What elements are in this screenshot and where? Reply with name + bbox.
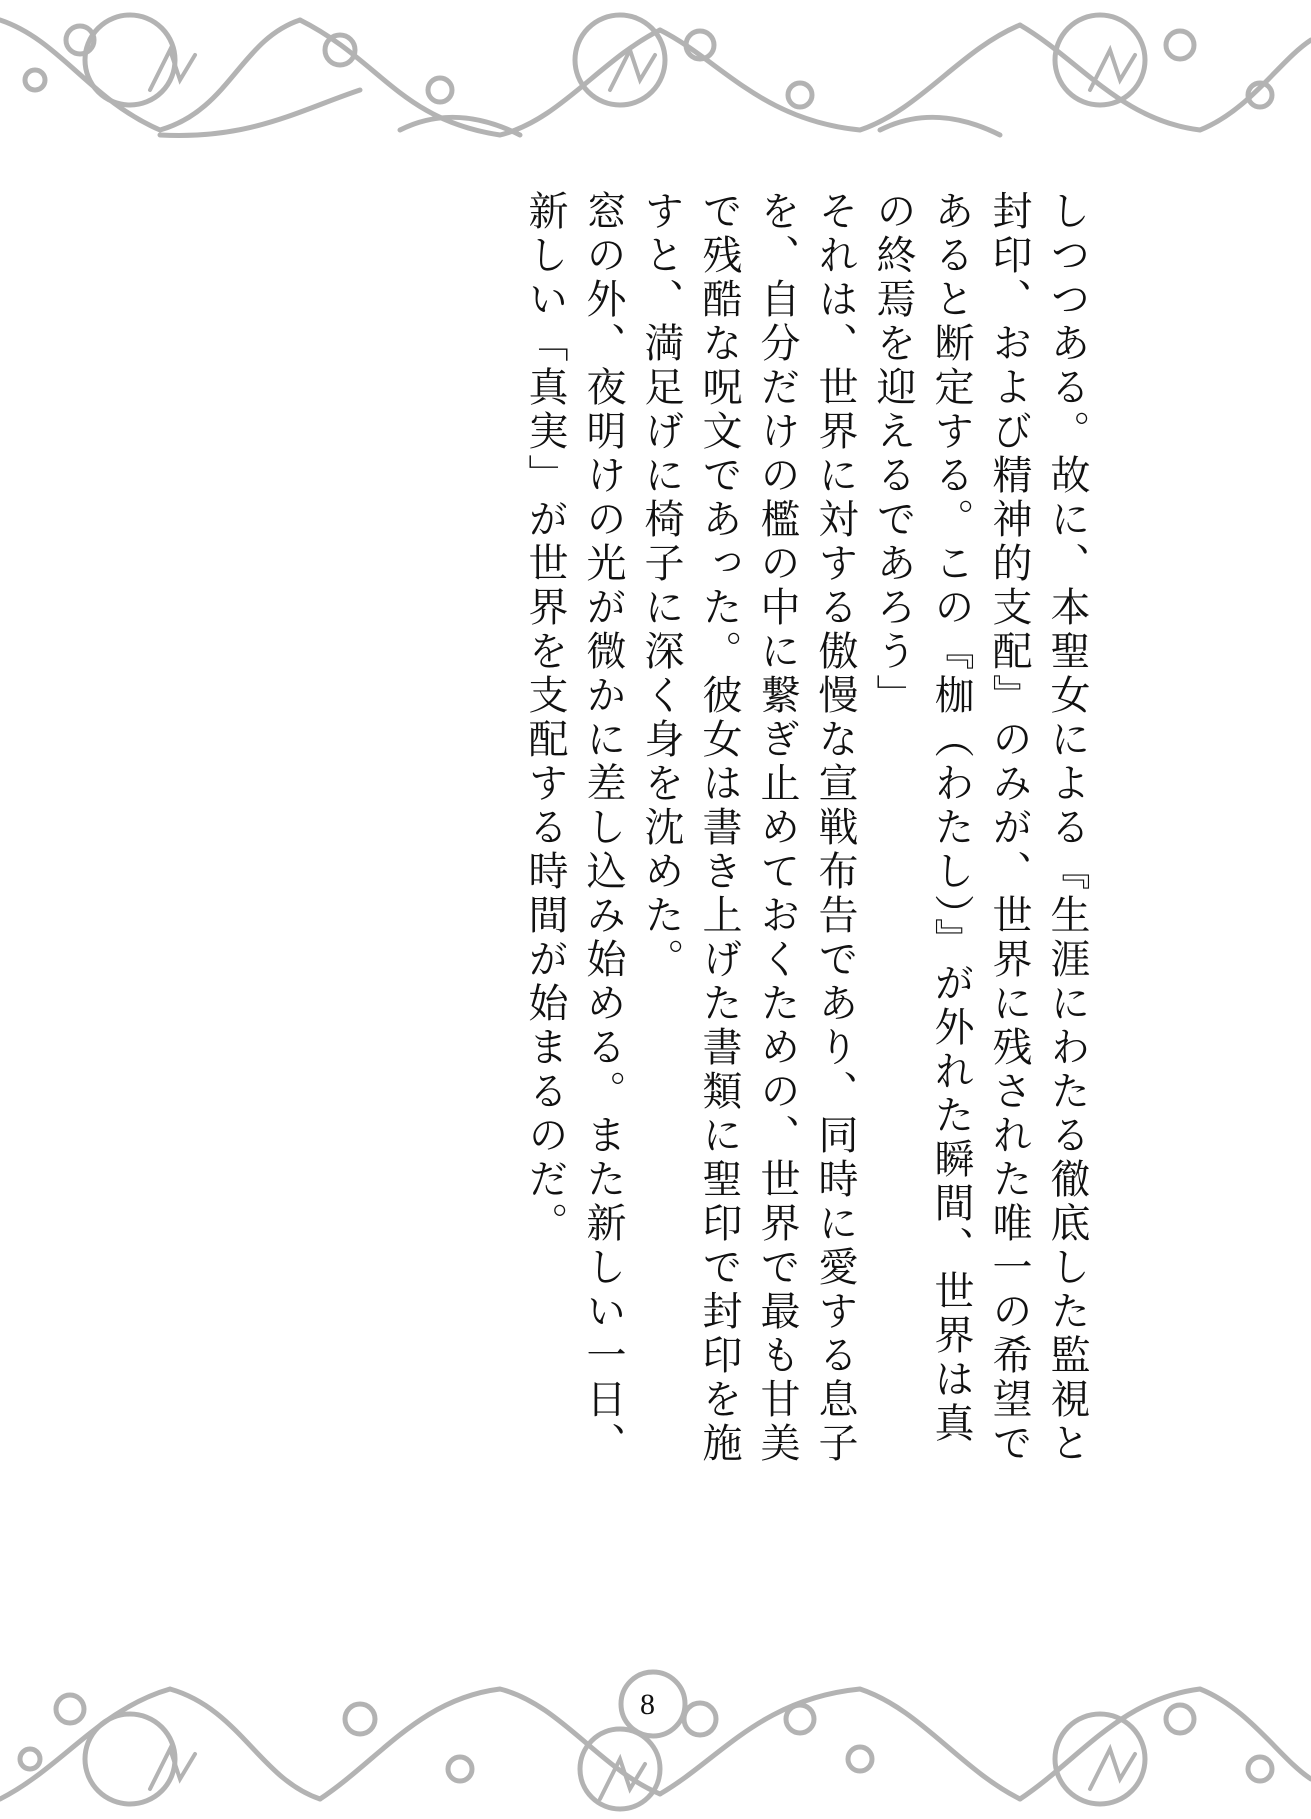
top-floral-border <box>0 0 1311 140</box>
page-number: 8 <box>640 1688 655 1722</box>
paragraph: 窓の外、夜明けの光が微かに差し込み始める。また新しい一日、新しい「真実」が世界を… <box>516 190 632 1480</box>
paragraph: それは、世界に対する傲慢な宣戦布告であり、同時に愛する息子を、自分だけの檻の中に… <box>632 190 864 1480</box>
body-text-vertical: しつつある。故に、本聖女による『生涯にわたる徹底した監視と封印、および精神的支配… <box>516 190 1096 1480</box>
floral-ornament-icon <box>0 0 1311 140</box>
paragraph: しつつある。故に、本聖女による『生涯にわたる徹底した監視と封印、および精神的支配… <box>864 190 1096 1480</box>
bottom-floral-border <box>0 1649 1311 1819</box>
floral-ornament-icon <box>0 1649 1311 1819</box>
